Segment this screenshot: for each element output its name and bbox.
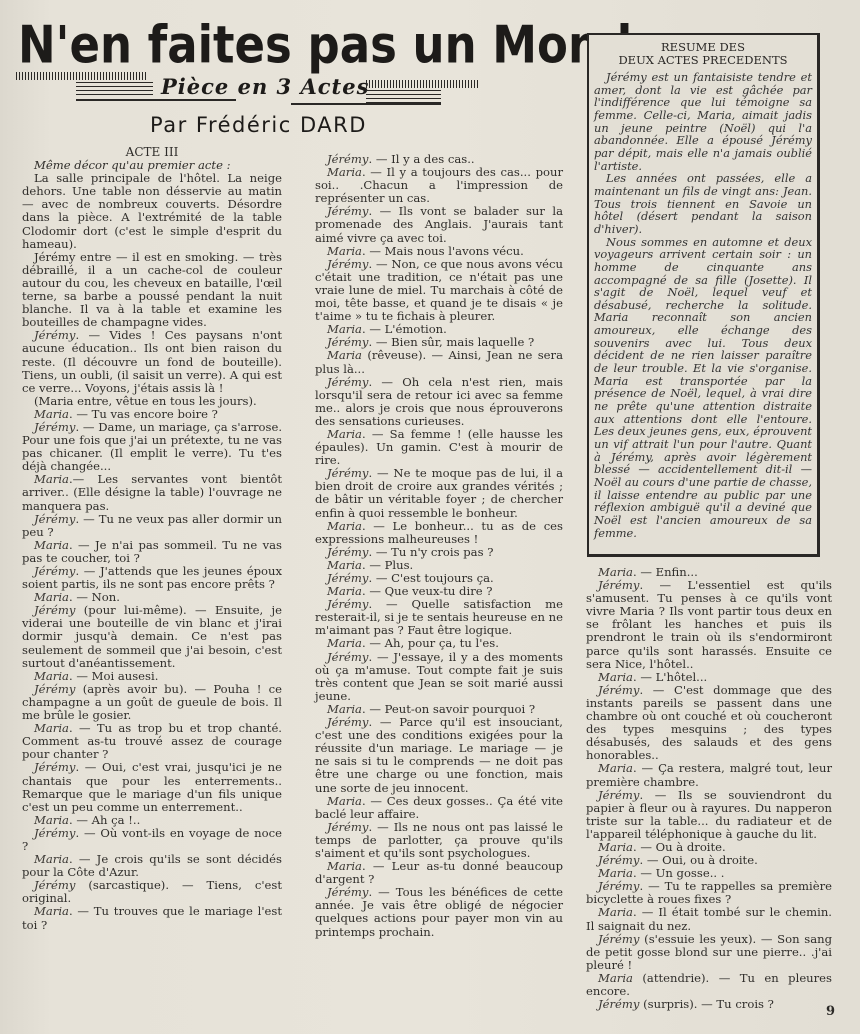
summary-paragraph: Les années ont passées, elle a maintenan… (594, 172, 812, 235)
speaker-name: Jérémy (327, 466, 368, 480)
speaker-name: Jérémy (34, 878, 75, 892)
speaker-name: Maria (34, 904, 69, 918)
dialogue-text: . — C'est toujours ça. (368, 571, 493, 585)
speaker-name: Maria (327, 794, 362, 808)
speaker-name: Jérémy (327, 571, 368, 585)
dialogue-line: Jérémy (sarcastique). — Tiens, c'est ori… (22, 879, 282, 905)
speaker-name: Jérémy (598, 578, 639, 592)
stage-direction: Jérémy entre — il est en smoking. — très… (22, 251, 282, 330)
dialogue-line: Maria. — Je crois qu'ils se sont décidés… (22, 853, 282, 879)
dialogue-text: . — Bien sûr, mais laquelle ? (368, 335, 534, 349)
dialogue-line: Maria.— Les servantes vont bientôt arriv… (22, 473, 282, 512)
dialogue-line: Jérémy. — J'attends que les jeunes époux… (22, 565, 282, 591)
speaker-name: Maria (327, 165, 362, 179)
speaker-name: Maria (327, 702, 362, 716)
speaker-name: Jérémy (34, 603, 75, 617)
dialogue-line: Maria. — Il y a toujours des cas... pour… (315, 166, 563, 205)
dialogue-text: . — Non. (69, 590, 120, 604)
speaker-name: Jérémy (34, 512, 75, 526)
speaker-name: Maria (34, 590, 69, 604)
dialogue-line: Jérémy. — Quelle satisfaction me restera… (315, 598, 563, 637)
dialogue-line: Jérémy. — Non, ce que nous avons vécu c'… (315, 258, 563, 323)
dialogue-line: Jérémy (s'essuie les yeux). — Son sang d… (586, 933, 832, 972)
speaker-name: Maria (34, 813, 69, 827)
speaker-name: Maria (598, 565, 633, 579)
magazine-page: N'en faites pas un Monde Pièce en 3 Acte… (0, 0, 860, 1034)
speaker-name: Maria (598, 866, 633, 880)
summary-paragraph: Nous sommes en automne et deux voyageurs… (594, 236, 812, 540)
underline-left (76, 99, 236, 101)
speaker-name: Jérémy (598, 932, 639, 946)
dialogue-text: . — L'hôtel... (633, 670, 707, 684)
speaker-name: Maria (327, 584, 362, 598)
dialogue-line: Maria (attendrie). — Tu en pleures encor… (586, 972, 832, 998)
dialogue-line: Jérémy. — Tu ne veux pas aller dormir un… (22, 513, 282, 539)
speaker-name: Jérémy (327, 820, 368, 834)
dialogue-line: Maria (rêveuse). — Ainsi, Jean ne sera p… (315, 349, 563, 375)
speaker-name: Maria (598, 840, 633, 854)
decorative-hatch-left (16, 72, 146, 80)
dialogue-text: . — Ah, pour ça, tu l'es. (362, 636, 499, 650)
speaker-name: Jérémy (34, 826, 75, 840)
summary-title: RESUME DES DEUX ACTES PRECEDENTS (594, 41, 812, 67)
speaker-name: Maria (598, 761, 633, 775)
speaker-name: Jérémy (34, 420, 75, 434)
text-column-1: ACTE III Même décor qu'au premier acte :… (22, 146, 282, 932)
dialogue-text: . — Ah ça !.. (69, 813, 140, 827)
dialogue-text: . — L'émotion. (362, 322, 447, 336)
speaker-name: Jérémy (598, 683, 639, 697)
speaker-name: Jérémy (34, 564, 75, 578)
dialogue-line: Jérémy. — Où vont-ils en voyage de noce … (22, 827, 282, 853)
speaker-name: Maria (327, 322, 362, 336)
dialogue-line: Maria. — Tu as trop bu et trop chanté. C… (22, 722, 282, 761)
decorative-rules-left (76, 82, 153, 96)
summary-paragraph: Jérémy est un fantaisiste tendre et amer… (594, 71, 812, 172)
speaker-name: Jérémy (327, 650, 368, 664)
speaker-name: Jérémy (327, 375, 368, 389)
speaker-name: Jérémy (327, 715, 368, 729)
dialogue-line: Maria. — Le bonheur... tu as de ces expr… (315, 520, 563, 546)
dialogue-text: . — L'essentiel est qu'ils s'amusent. Tu… (586, 578, 832, 671)
dialogue-text: . — Mais nous l'avons vécu. (362, 244, 524, 258)
speaker-name: Maria (598, 670, 633, 684)
dialogue-text: . — Moi ausesi. (69, 669, 158, 683)
dialogue-line: Jérémy. — Ils vont se balader sur la pro… (315, 205, 563, 244)
dialogue-line: Maria. — Sa femme ! (elle hausse les épa… (315, 428, 563, 467)
dialogue-line: Maria. — Il était tombé sur le chemin. I… (586, 906, 832, 932)
speaker-name: Jérémy (327, 597, 368, 611)
dialogue-text: . — Tu vas encore boire ? (69, 407, 218, 421)
dialogue-line: Jérémy. — L'essentiel est qu'ils s'amuse… (586, 579, 832, 671)
summary-title-line2: DEUX ACTES PRECEDENTS (594, 54, 812, 67)
summary-text: Jérémy est un fantaisiste tendre et amer… (594, 71, 812, 539)
dialogue-line: Jérémy (après avoir bu). — Pouha ! ce ch… (22, 683, 282, 722)
dialogue-text: . — Plus. (362, 558, 413, 572)
speaker-name: Jérémy (327, 335, 368, 349)
dialogue-line: Jérémy. — Oh cela n'est rien, mais lorsq… (315, 376, 563, 428)
speaker-name: Maria (327, 558, 362, 572)
dialogue-text: . — Ou à droite. (633, 840, 726, 854)
speaker-name: Maria (34, 538, 69, 552)
speaker-name: Maria (34, 669, 69, 683)
speaker-name: Maria (598, 905, 633, 919)
dialogue-text: . — Peut-on savoir pourquoi ? (362, 702, 535, 716)
dialogue-line: Jérémy. — J'essaye, il y a des moments o… (315, 651, 563, 703)
summary-box: RESUME DES DEUX ACTES PRECEDENTS Jérémy … (587, 33, 820, 557)
dialogue-line: Maria. — Tu trouves que le mariage l'est… (22, 905, 282, 931)
speaker-name: Maria (598, 971, 633, 985)
dialogue-line: Maria. — Ces deux gosses.. Ça été vite b… (315, 795, 563, 821)
play-title: N'en faites pas un Monde (18, 14, 538, 75)
speaker-name: Maria (327, 427, 362, 441)
decorative-rules-right (366, 90, 441, 104)
dialogue-line: Maria. — Ça restera, malgré tout, leur p… (586, 762, 832, 788)
dialogue-text: . — Que veux-tu dire ? (362, 584, 493, 598)
dialogue-line: Jérémy. — Vides ! Ces paysans n'ont aucu… (22, 329, 282, 394)
speaker-name: Jérémy (34, 682, 75, 696)
dialogue-line: Jérémy. — Ne te moque pas de lui, il a b… (315, 467, 563, 519)
dialogue-line: Jérémy. — Ils ne nous ont pas laissé le … (315, 821, 563, 860)
dialogue-text: (surpris). — Tu crois ? (639, 997, 773, 1011)
speaker-name: Maria (34, 472, 69, 486)
speaker-name: Jérémy (327, 152, 368, 166)
speaker-name: Jérémy (327, 257, 368, 271)
play-subtitle: Pièce en 3 Actes (161, 74, 369, 99)
speaker-name: Maria (327, 859, 362, 873)
speaker-name: Jérémy (598, 853, 639, 867)
dialogue-line: Jérémy (pour lui-même). — Ensuite, je vi… (22, 604, 282, 669)
dialogue-text: . — Un gosse.. . (633, 866, 724, 880)
dialogue-line: Maria. — Je n'ai pas sommeil. Tu ne vas … (22, 539, 282, 565)
dialogue-line: Jérémy (surpris). — Tu crois ? (586, 998, 832, 1011)
speaker-name: Maria (327, 636, 362, 650)
dialogue-line: Jérémy. — Tous les bénéfices de cette an… (315, 886, 563, 938)
speaker-name: Jérémy (327, 204, 368, 218)
dialogue-text: . — Enfin... (633, 565, 698, 579)
speaker-name: Maria (327, 519, 362, 533)
dialogue-text: . — Il y a des cas.. (368, 152, 474, 166)
speaker-name: Maria (327, 244, 362, 258)
speaker-name: Maria (34, 852, 69, 866)
dialogue-line: Jérémy. — Ils se souviendront du papier … (586, 789, 832, 841)
speaker-name: Maria (34, 721, 69, 735)
speaker-name: Maria (34, 407, 69, 421)
speaker-name: Jérémy (598, 879, 639, 893)
speaker-name: Jérémy (327, 545, 368, 559)
subtitle-banner: Pièce en 3 Actes (16, 72, 481, 106)
speaker-name: Jérémy (34, 760, 75, 774)
speaker-name: Jérémy (598, 788, 639, 802)
dialogue-text: . — Oui, ou à droite. (639, 853, 757, 867)
dialogue-line: Jérémy. — Oui, c'est vrai, jusqu'ici je … (22, 761, 282, 813)
speaker-name: Jérémy (598, 997, 639, 1011)
dialogue-line: Jérémy. — Parce qu'il est insouciant, c'… (315, 716, 563, 795)
speaker-name: Jérémy (327, 885, 368, 899)
speaker-name: Maria (327, 348, 362, 362)
dialogue-text: . — Tu n'y crois pas ? (368, 545, 493, 559)
author-byline: Par Frédéric DARD (150, 113, 367, 137)
dialogue-line: Jérémy. — C'est dommage que des instants… (586, 684, 832, 763)
dialogue-line: Jérémy. — Dame, un mariage, ça s'arrose.… (22, 421, 282, 473)
decorative-hatch-right (366, 80, 478, 88)
text-column-2: Jérémy. — Il y a des cas..Maria. — Il y … (315, 153, 563, 939)
text-column-3: Maria. — Enfin...Jérémy. — L'essentiel e… (586, 566, 832, 1011)
speaker-name: Jérémy (34, 328, 75, 342)
stage-direction: La salle principale de l'hôtel. La neige… (22, 172, 282, 251)
page-number: 9 (826, 1004, 835, 1019)
dialogue-line: Jérémy. — Tu te rappelles sa première bi… (586, 880, 832, 906)
dialogue-line: Maria. — Leur as-tu donné beaucoup d'arg… (315, 860, 563, 886)
dialogue-text: (Maria entre, vêtue en tous les jours). (34, 394, 257, 408)
